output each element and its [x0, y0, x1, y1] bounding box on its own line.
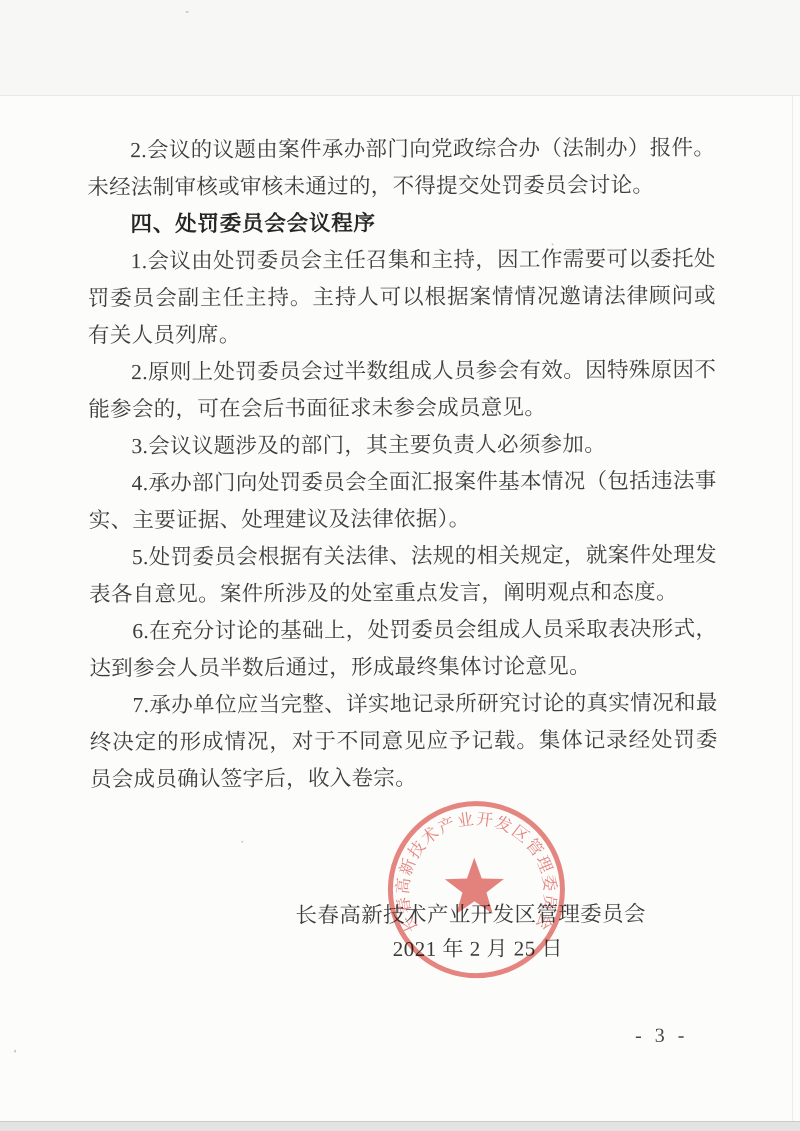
paragraph: 6.在充分讨论的基础上，处罚委员会组成人员采取表决形式，达到参会人员半数后通过，…: [89, 611, 717, 688]
paragraph: 5.处罚委员会根据有关法律、法规的相关规定，就案件处理发表各自意见。案件所涉及的…: [89, 537, 717, 614]
scan-right-edge: [792, 96, 793, 1121]
section-heading: 四、处罚委员会会议程序: [87, 204, 715, 244]
scan-speck: [186, 11, 189, 13]
scanned-document-page: 2.会议的议题由案件承办部门向党政综合办（法制办）报件。未经法制审核或审核未通过…: [0, 0, 800, 1131]
official-seal-stamp: 长春高新技术产业开发区管理委员会: [364, 777, 589, 1002]
scan-bottom-edge: [0, 1121, 800, 1131]
paragraph: 1.会议由处罚委员会主任召集和主持，因工作需要可以委托处罚委员会副主任主持。主持…: [88, 241, 716, 355]
paragraph: 2.会议的议题由案件承办部门向党政综合办（法制办）报件。未经法制审核或审核未通过…: [87, 130, 715, 207]
paragraph: 4.承办部门向处罚委员会全面汇报案件基本情况（包括违法事实、主要证据、处理建议及…: [89, 463, 717, 540]
issue-date: 2021 年 2 月 25 日: [393, 932, 593, 963]
paragraph: 3.会议议题涉及的部门，其主要负责人必须参加。: [88, 426, 716, 466]
page-number: - 3 -: [635, 1025, 688, 1048]
paragraph: 7.承办单位应当完整、详实地记录所研究讨论的真实情况和最终决定的形成情况，对于不…: [90, 685, 718, 799]
issuer-signature: 长春高新技术产业开发区管理委员会: [295, 897, 640, 930]
paragraph: 2.原则上处罚委员会过半数组成人员参会有效。因特殊原因不能参会的，可在会后书面征…: [88, 352, 716, 429]
page-content: 2.会议的议题由案件承办部门向党政综合办（法制办）报件。未经法制审核或审核未通过…: [0, 0, 800, 1131]
document-body: 2.会议的议题由案件承办部门向党政综合办（法制办）报件。未经法制审核或审核未通过…: [87, 130, 718, 799]
scan-speck: [14, 1050, 16, 1053]
scan-speck: [552, 243, 554, 245]
scan-speck: [241, 841, 243, 843]
